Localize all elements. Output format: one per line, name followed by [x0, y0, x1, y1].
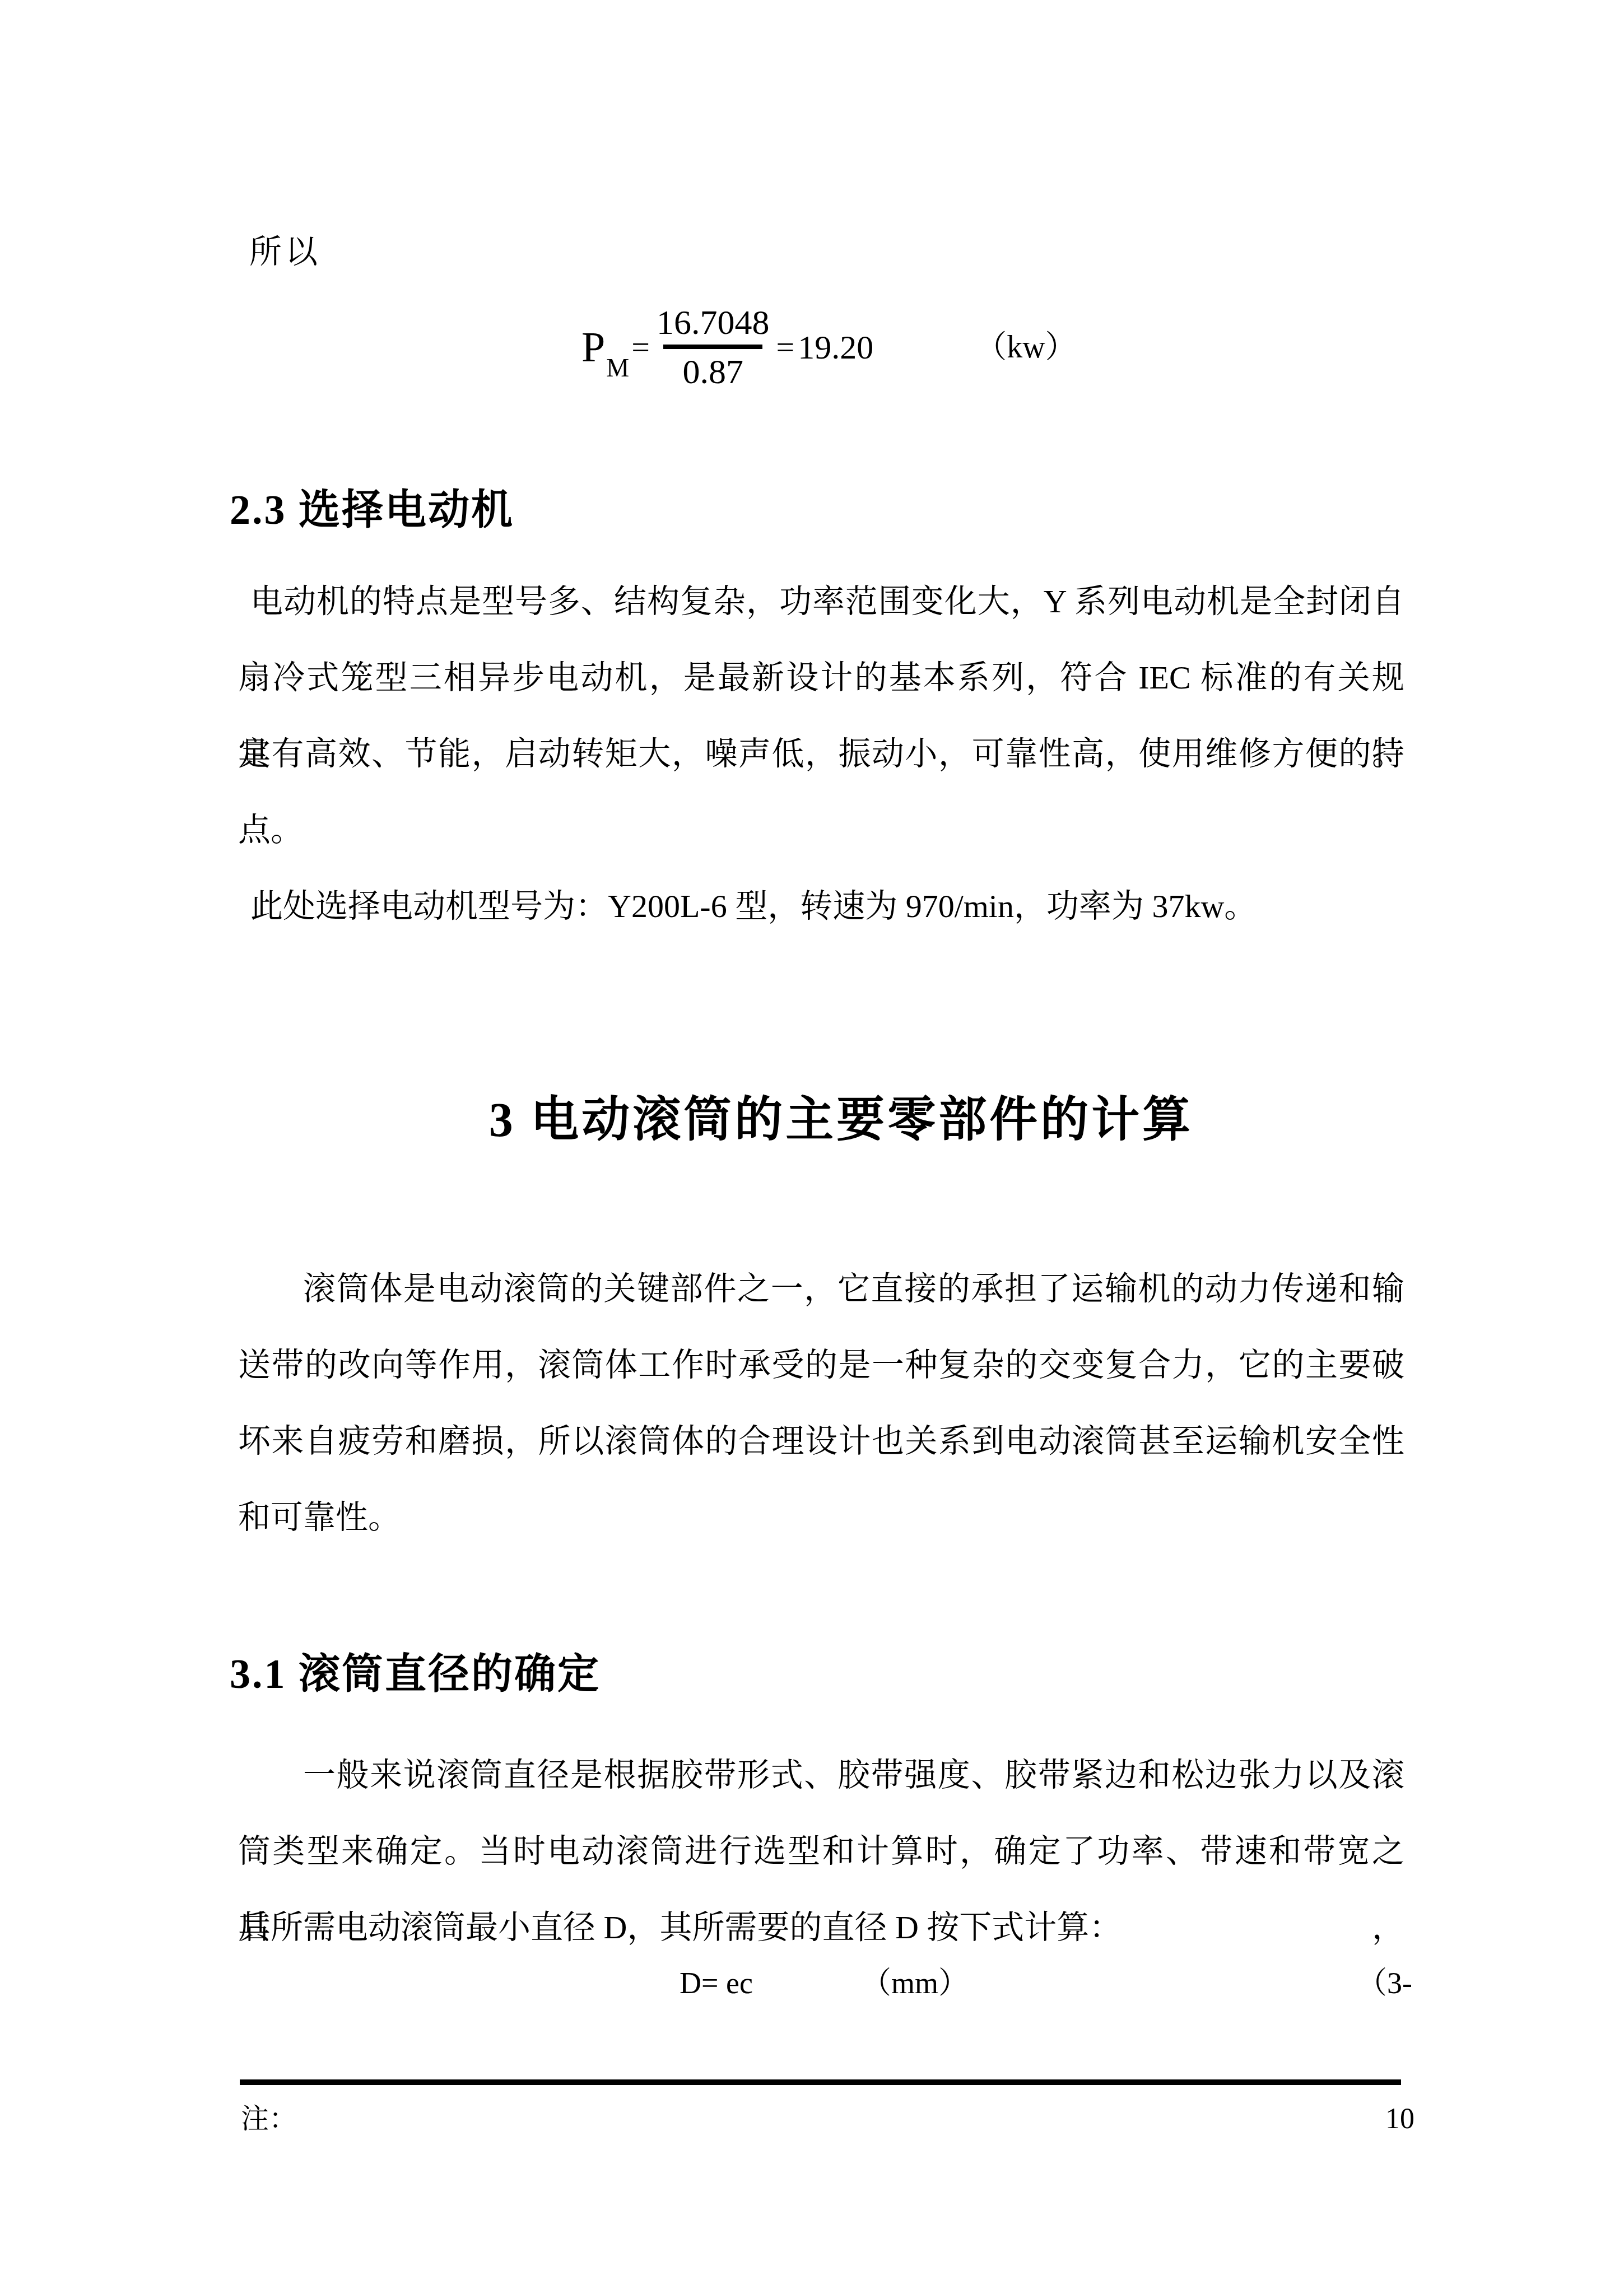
body-line: 一般来说滚筒直径是根据胶带形式、胶带强度、胶带紧边和松边张力以及滚 [238, 1737, 1404, 1813]
body-line: 具有高效、节能，启动转矩大，噪声低，振动小，可靠性高，使用维修方便的特 [238, 716, 1404, 792]
document-page: 所以 PM = 16.7048 0.87 = 19.20 （kw） 2.3 选择… [0, 0, 1624, 2294]
formula-result: 19.20 [798, 331, 873, 364]
fraction-denominator: 0.87 [681, 349, 744, 389]
paragraph-drum-diameter: 一般来说滚筒直径是根据胶带形式、胶带强度、胶带紧边和松边张力以及滚 筒类型来确定… [238, 1737, 1404, 1966]
section-heading-2-3: 2.3 选择电动机 [230, 490, 514, 531]
paragraph-motor-selection: 电动机的特点是型号多、结构复杂，功率范围变化大，Y 系列电动机是全封闭自 扇冷式… [238, 564, 1404, 944]
lead-word: 所以 [249, 234, 321, 270]
body-line: 电动机的特点是型号多、结构复杂，功率范围变化大，Y 系列电动机是全封闭自 [238, 564, 1404, 640]
fraction-numerator: 16.7048 [655, 305, 771, 345]
paragraph-drum-intro: 滚筒体是电动滚筒的关键部件之一，它直接的承担了运输机的动力传递和输 送带的改向等… [238, 1251, 1404, 1556]
page-number: 10 [1385, 2102, 1414, 2137]
footer-rule [240, 2079, 1401, 2085]
motor-selection-line: 此处选择电动机型号为：Y200L-6 型，转速为 970/min，功率为 37k… [238, 868, 1404, 944]
body-line: 和可靠性。 [238, 1479, 1404, 1556]
body-line: 扇冷式笼型三相异步电动机，是最新设计的基本系列，符合 IEC 标准的有关规定。 [238, 640, 1404, 716]
body-line: 筒类型来确定。当时电动滚筒进行选型和计算时，确定了功率、带速和带宽之后， [238, 1813, 1404, 1890]
body-line: 送带的改向等作用，滚筒体工作时承受的是一种复杂的交变复合力，它的主要破 [238, 1327, 1404, 1403]
formula-expression: D= ec [680, 1963, 753, 2003]
equation-number: （3- [1357, 1963, 1412, 2003]
equals-sign: = [776, 331, 794, 364]
footer-note: 注： [241, 2102, 297, 2135]
chapter-heading-3: 3 电动滚筒的主要零部件的计算 [29, 1094, 1624, 1147]
body-line: 滚筒体是电动滚筒的关键部件之一，它直接的承担了运输机的动力传递和输 [238, 1251, 1404, 1327]
formula-unit: （mm） [861, 1963, 969, 2003]
formula-lhs: PM [581, 326, 628, 369]
formula-lhs-subscript: M [606, 355, 629, 381]
body-line: 点。 [238, 792, 1404, 868]
formula-unit: （kw） [975, 332, 1076, 363]
formula-drum-diameter: D= ec （mm） （3- [0, 1963, 1624, 2003]
fraction-bar [663, 345, 762, 349]
formula-motor-power: PM = 16.7048 0.87 = 19.20 （kw） [581, 305, 1077, 389]
fraction: 16.7048 0.87 [655, 305, 771, 389]
section-heading-3-1: 3.1 滚筒直径的确定 [230, 1654, 601, 1695]
formula-lhs-base: P [581, 326, 605, 369]
body-line: 坏来自疲劳和磨损，所以滚筒体的合理设计也关系到电动滚筒甚至运输机安全性 [238, 1403, 1404, 1479]
equals-sign: = [631, 331, 650, 364]
